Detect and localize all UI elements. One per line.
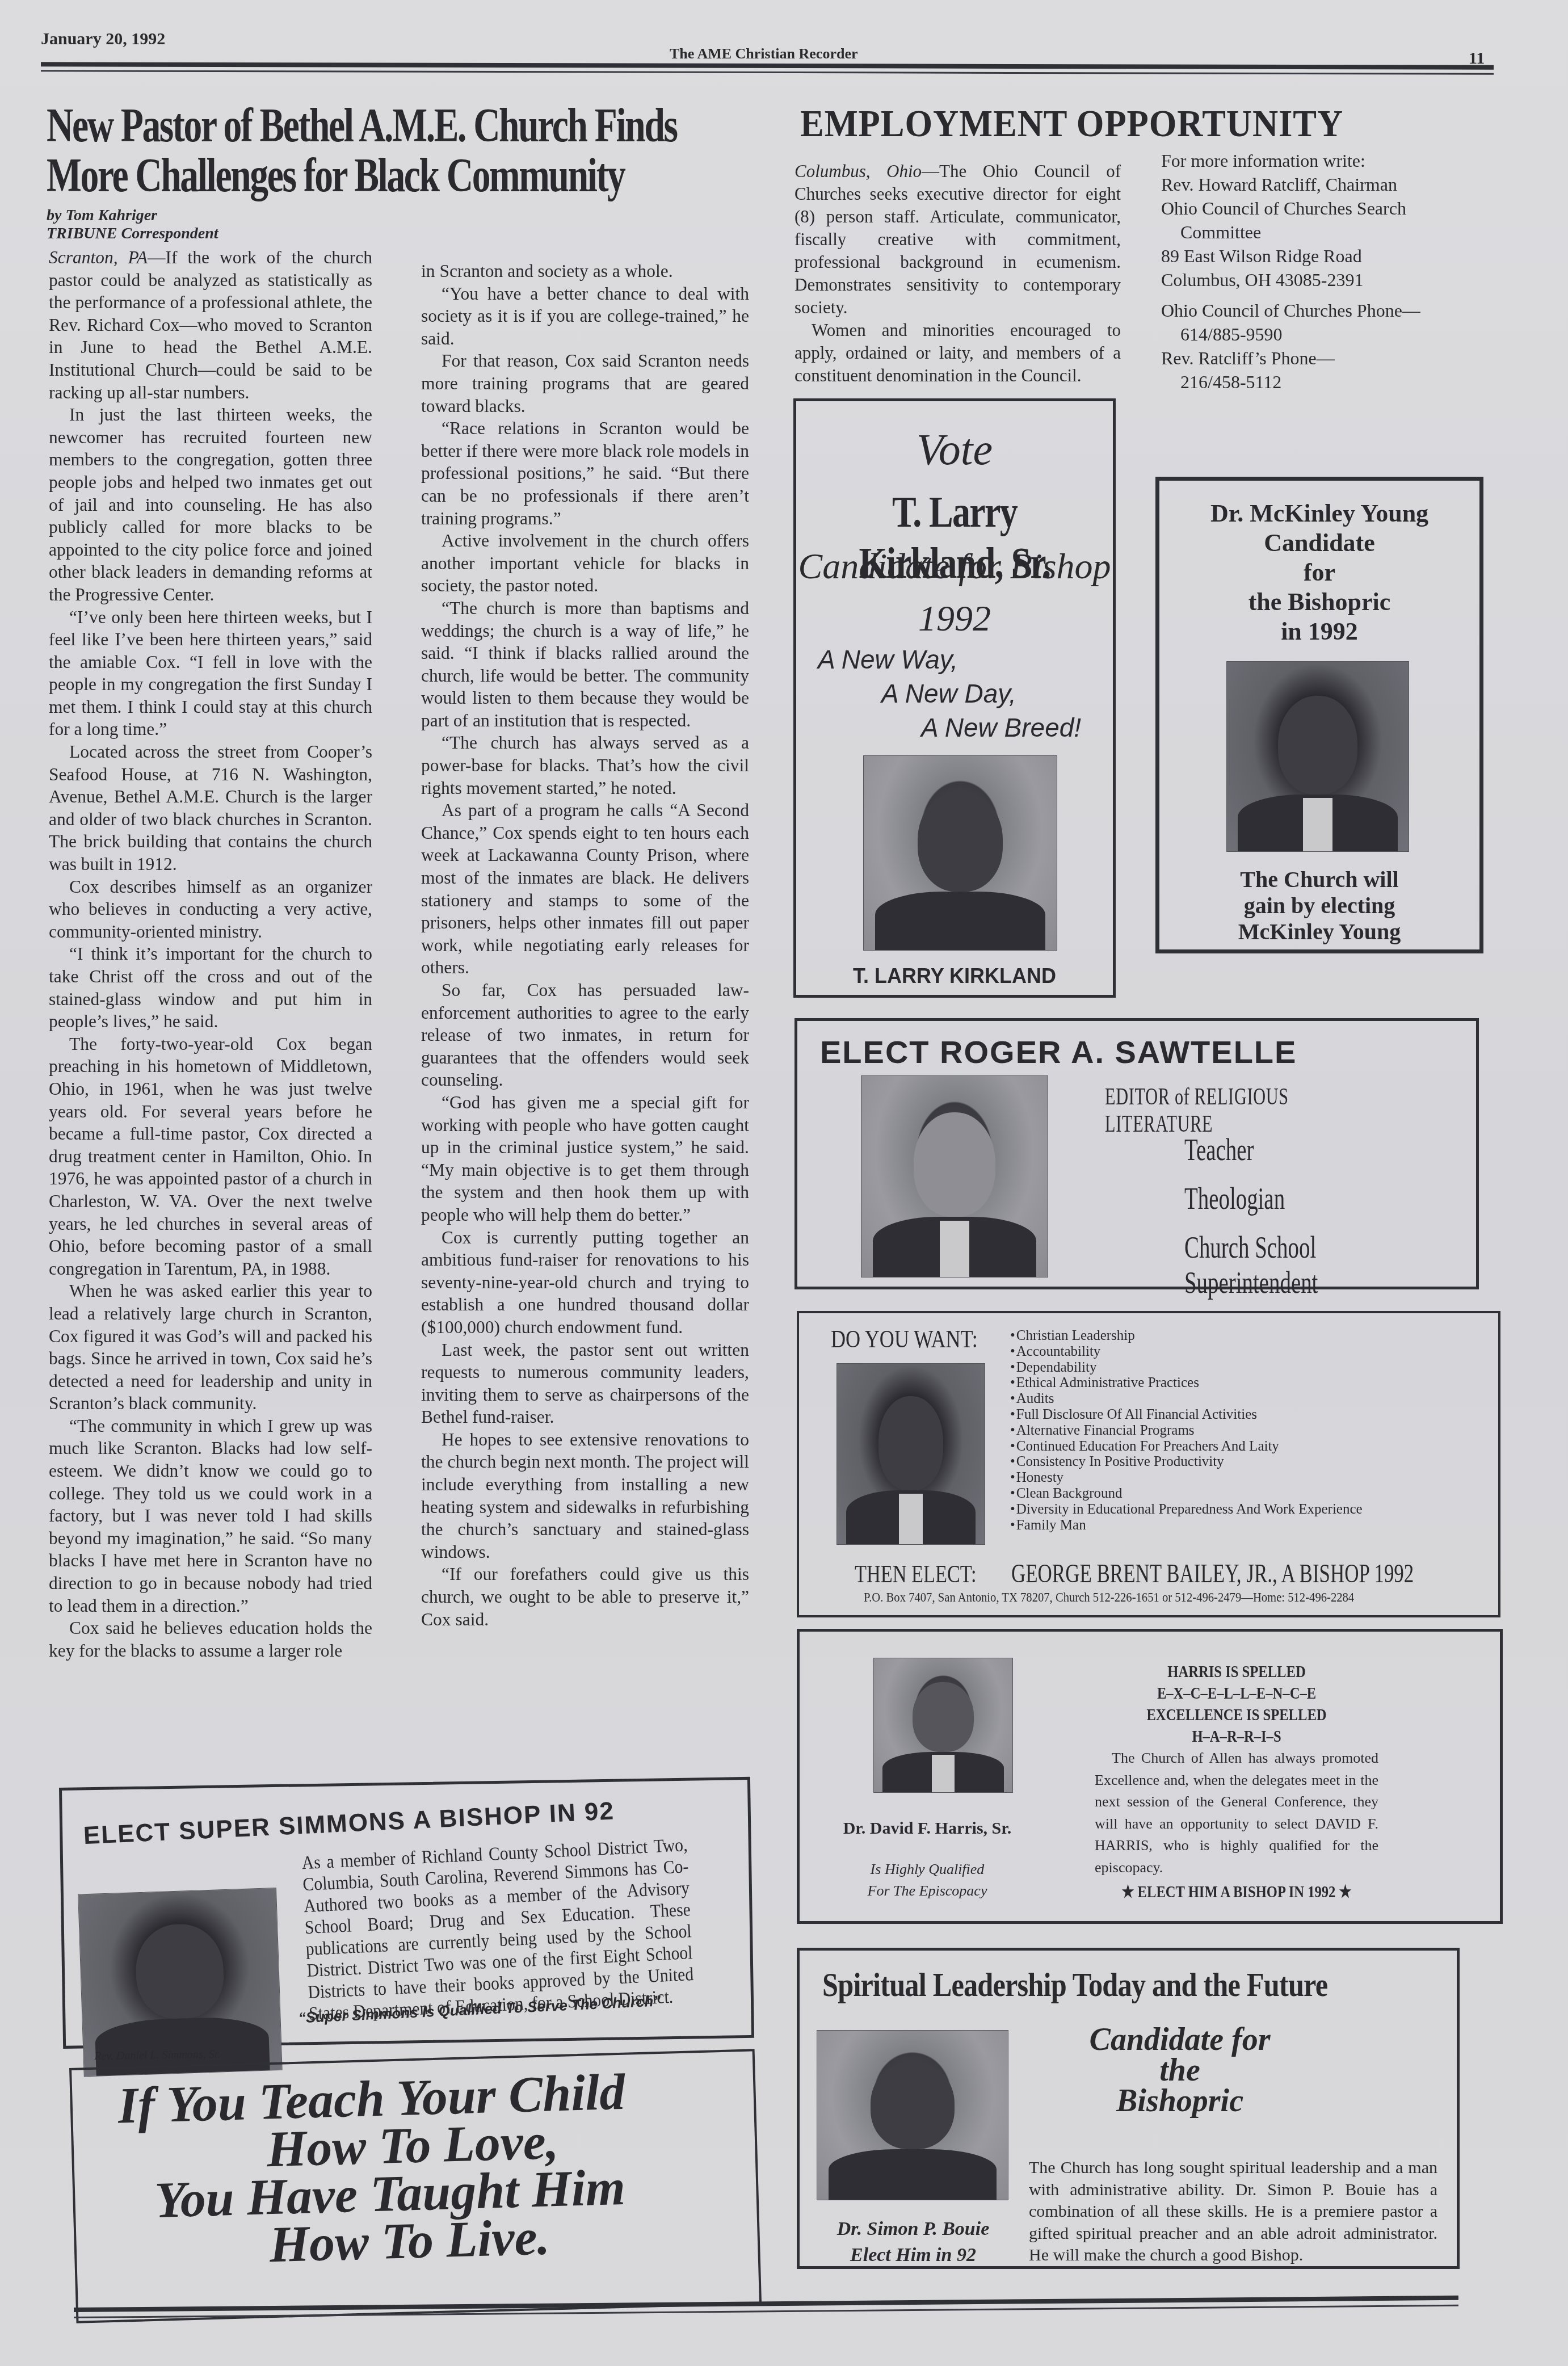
article-paragraph: “I think it’s important for the church t… (49, 943, 372, 1032)
sawtelle-portrait-photo (861, 1075, 1048, 1277)
employment-heading: EMPLOYMENT OPPORTUNITY (800, 101, 1343, 146)
kirkland-vote: Vote (796, 424, 1113, 475)
young-ad: Dr. McKinley Young Candidate for the Bis… (1155, 477, 1483, 953)
sawtelle-headline: ELECT ROGER A. SAWTELLE (820, 1033, 1297, 1070)
contact-name: Rev. Howard Ratcliff, Chairman (1161, 173, 1513, 196)
young-tagline: The Church will gain by electing McKinle… (1159, 867, 1479, 945)
bouie-portrait-photo (817, 2030, 1008, 2200)
council-phone: 614/885-9590 (1161, 322, 1513, 346)
kirkland-slogan-3: A New Breed! (921, 712, 1081, 743)
article-paragraph: Cox is currently putting together an amb… (421, 1226, 749, 1339)
byline-role: TRIBUNE Correspondent (47, 225, 218, 243)
article-paragraph: “Race relations in Scranton would be bet… (421, 417, 749, 529)
article-paragraph: When he was asked earlier this year to l… (49, 1280, 372, 1415)
list-item: Clean Background (1010, 1486, 1363, 1502)
harris-ad: Dr. David F. Harris, Sr. Is Highly Quali… (797, 1629, 1503, 1924)
list-item: Christian Leadership (1010, 1328, 1363, 1344)
list-item: Full Disclosure Of All Financial Activit… (1010, 1407, 1363, 1423)
article-paragraph: The forty-two-year-old Cox began preachi… (49, 1033, 372, 1280)
list-item: Diversity in Educational Preparedness An… (1010, 1502, 1363, 1518)
contact-org-cont: Committee (1161, 220, 1513, 244)
bouie-body: The Church has long sought spiritual lea… (1029, 2157, 1437, 2267)
kirkland-caption: T. LARRY KIRKLAND (796, 964, 1113, 988)
employment-paragraph: Columbus, Ohio—The Ohio Council of Churc… (794, 160, 1121, 319)
bouie-ad: Spiritual Leadership Today and the Futur… (797, 1948, 1460, 2269)
harris-name: Dr. David F. Harris, Sr. (834, 1819, 1021, 1838)
list-item: Consistency In Positive Productivity (1010, 1454, 1363, 1470)
young-headline: Dr. McKinley Young Candidate for the Bis… (1159, 499, 1479, 646)
bailey-ad: DO YOU WANT: Christian Leadership Accoun… (797, 1311, 1500, 1617)
bailey-address: P.O. Box 7407, San Antonio, TX 78207, Ch… (864, 1590, 1354, 1606)
article-paragraph: “If our forefathers could give us this c… (421, 1563, 749, 1630)
bouie-headline: Spiritual Leadership Today and the Futur… (822, 1965, 1327, 2004)
sawtelle-title: EDITOR of RELIGIOUS LITERATURE (1105, 1083, 1372, 1138)
kirkland-ad: Vote T. Larry Kirkland, Sr. Candidate fo… (793, 398, 1116, 998)
employment-dateline: Columbus, Ohio (794, 161, 922, 181)
kirkland-slogan-1: A New Way, (818, 644, 958, 675)
masthead-rule-thin (41, 70, 1494, 74)
article-paragraph: in Scranton and society as a whole. (421, 260, 749, 283)
article-paragraph: “You have a better chance to deal with s… (421, 283, 749, 350)
kirkland-candidate: Candidate for Bishop (796, 545, 1113, 587)
article-paragraph: “The church has always served as a power… (421, 732, 749, 799)
article-paragraph: “I’ve only been here thirteen weeks, but… (49, 606, 372, 741)
article-paragraph: “God has given me a special gift for wor… (421, 1091, 749, 1226)
list-item: Continued Education For Preachers And La… (1010, 1439, 1363, 1455)
bailey-qualities-list: Christian Leadership Accountability Depe… (1010, 1328, 1363, 1533)
contact-org: Ohio Council of Churches Search (1161, 196, 1513, 220)
article-paragraph: Cox said he believes education holds the… (49, 1617, 372, 1662)
article-paragraph: “The church is more than baptisms and we… (421, 597, 749, 732)
council-phone-label: Ohio Council of Churches Phone— (1161, 299, 1513, 322)
article-column-1: Scranton, PA—If the work of the church p… (49, 246, 372, 1662)
ratcliff-phone: 216/458-5112 (1161, 370, 1513, 394)
article-paragraph: Located across the street from Cooper’s … (49, 741, 372, 876)
article-paragraph: So far, Cox has persuaded law-enforcemen… (421, 979, 749, 1091)
byline: by Tom Kahriger TRIBUNE Correspondent (47, 207, 218, 243)
publication-name: The AME Christian Recorder (670, 45, 857, 62)
list-item: Ethical Administrative Practices (1010, 1375, 1363, 1391)
teach-quote: If You Teach Your Child How To Love, You… (95, 2065, 735, 2273)
bailey-portrait-photo (836, 1363, 985, 1545)
list-item: Alternative Financial Programs (1010, 1423, 1363, 1439)
bailey-candidate-name: GEORGE BRENT BAILEY, JR., A BISHOP 1992 (1011, 1558, 1414, 1588)
young-portrait-photo (1226, 661, 1409, 852)
harris-body: The Church of Allen has always promoted … (1095, 1747, 1378, 1878)
contact-city: Columbus, OH 43085-2391 (1161, 268, 1513, 292)
list-item: Audits (1010, 1391, 1363, 1407)
byline-author: by Tom Kahriger (47, 207, 218, 225)
article-column-2: in Scranton and society as a whole. “You… (421, 260, 749, 1630)
contact-street: 89 East Wilson Ridge Road (1161, 244, 1513, 268)
bailey-then-elect: THEN ELECT: (855, 1560, 977, 1588)
employment-body: Columbus, Ohio—The Ohio Council of Churc… (794, 160, 1121, 387)
list-item: Honesty (1010, 1470, 1363, 1486)
masthead-rule (41, 62, 1494, 69)
article-paragraph: Cox describes himself as an organizer wh… (49, 876, 372, 943)
sawtelle-role: Teacher (1184, 1132, 1254, 1167)
sawtelle-role: Church School Superintendent (1184, 1230, 1394, 1300)
ratcliff-phone-label: Rev. Ratcliff’s Phone— (1161, 346, 1513, 370)
article-paragraph: As part of a program he calls “A Second … (421, 799, 749, 979)
dateline: Scranton, PA (49, 247, 148, 267)
harris-message: HARRIS IS SPELLED E–X–C–E–L–L–E–N–C–E EX… (1095, 1661, 1378, 1902)
kirkland-portrait-photo (863, 755, 1057, 951)
bailey-do-you-want: DO YOU WANT: (831, 1325, 978, 1354)
article-paragraph: “The community in which I grew up was mu… (49, 1415, 372, 1617)
article-paragraph: He hopes to see extensive renovations to… (421, 1428, 749, 1564)
list-item: Dependability (1010, 1360, 1363, 1376)
issue-date: January 20, 1992 (41, 30, 165, 49)
kirkland-slogan-2: A New Day, (881, 678, 1016, 709)
bouie-candidate: Candidate for the Bishopric (1066, 2024, 1293, 2116)
sawtelle-ad: ELECT ROGER A. SAWTELLE EDITOR of RELIGI… (794, 1018, 1479, 1289)
list-item: Family Man (1010, 1518, 1363, 1533)
article-paragraph: In just the last thirteen weeks, the new… (49, 404, 372, 606)
bouie-name: Dr. Simon P. Bouie Elect Him in 92 (811, 2216, 1015, 2268)
article-paragraph: Last week, the pastor sent out written r… (421, 1339, 749, 1428)
article-paragraph: For that reason, Cox said Scranton needs… (421, 350, 749, 417)
kirkland-year: 1992 (796, 598, 1113, 640)
sawtelle-role: Theologian (1184, 1181, 1285, 1216)
employment-contact: For more information write: Rev. Howard … (1161, 149, 1513, 394)
list-item: Accountability (1010, 1344, 1363, 1360)
article-paragraph: Active involvement in the church offers … (421, 529, 749, 597)
article-headline: New Pastor of Bethel A.M.E. Church Finds… (47, 101, 764, 201)
harris-qualified: Is Highly Qualified For The Episcopacy (834, 1859, 1021, 1902)
harris-portrait-photo (873, 1658, 1013, 1793)
simmons-caption: Rev. Daniel L. Simmons, Sr. (94, 2048, 220, 2063)
harris-elect: ★ ELECT HIM A BISHOP IN 1992 ★ (1120, 1882, 1353, 1902)
teach-your-child-ad: If You Teach Your Child How To Love, You… (69, 2049, 762, 2323)
article-paragraph: Scranton, PA—If the work of the church p… (49, 246, 372, 404)
simmons-ad: ELECT SUPER SIMMONS A BISHOP IN 92 As a … (59, 1777, 754, 2049)
employment-paragraph: Women and minorities encouraged to apply… (794, 319, 1121, 387)
contact-intro: For more information write: (1161, 149, 1513, 173)
